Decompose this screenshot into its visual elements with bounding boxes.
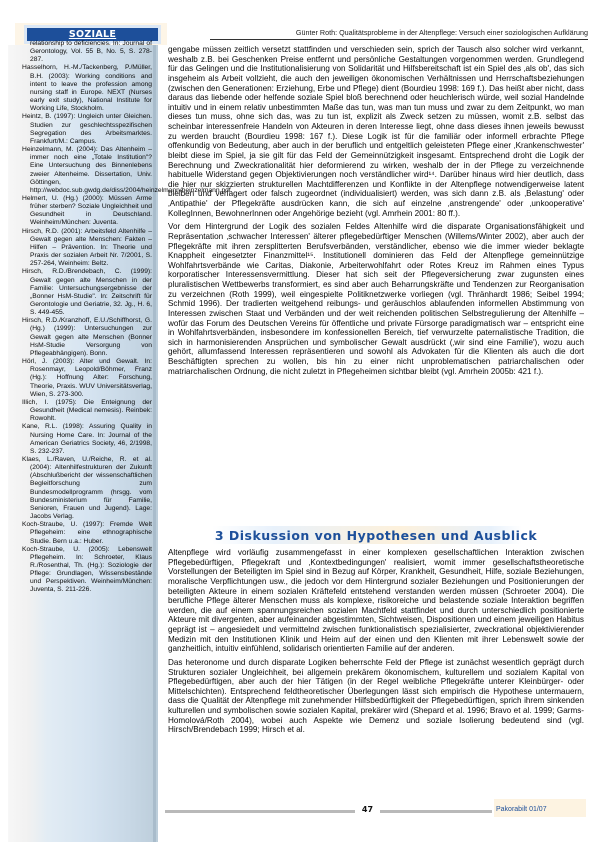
reference-item: Hirsch, R.D./Kranzhoff, E.U./Schiffhorst… — [22, 317, 152, 358]
journal-issue: Pakorabilt 01/07 — [496, 806, 586, 813]
reference-item: Heinzelmann, M. (2004): Das Altenheim – … — [22, 146, 152, 195]
sidebar-edge — [153, 45, 156, 842]
reference-item: Heintz, B. (1997): Ungleich unter Gleich… — [22, 113, 152, 146]
reference-item: relationship to deficiencies. In: Journa… — [22, 40, 152, 64]
footer-rule-right — [380, 810, 492, 813]
reference-item: Hirsch, R.D./Brendebach, C. (1999): Gewa… — [22, 268, 152, 317]
reference-item: Koch-Straube, U. (2005): Lebenswelt Pfle… — [22, 546, 152, 595]
section-body-text: Altenpflege wird vorläufig zusammengefas… — [168, 548, 584, 739]
reference-item: Hörl, J. (2003): Alter und Gewalt. In: R… — [22, 358, 152, 399]
reference-item: Koch-Straube, U. (1997): Fremde Welt Pfl… — [22, 521, 152, 545]
body-paragraph: gengabe müssen zeitlich versetzt stattfi… — [168, 45, 584, 218]
references-list: relationship to deficiencies. In: Journa… — [22, 40, 152, 595]
reference-item: Hasselhorn, H.-M./Tackenberg, P./Müller,… — [22, 64, 152, 113]
reference-item: Helmert, U. (Hg.) (2000): Müssen Arme fr… — [22, 195, 152, 228]
reference-item: Klaes, L./Raven, U./Reiche, R. et al. (2… — [22, 456, 152, 521]
body-paragraph: Vor dem Hintergrund der Logik des sozial… — [168, 222, 584, 376]
reference-item: Illich, I. (1975): Die Enteignung der Ge… — [22, 399, 152, 423]
section-heading: 3 Diskussion von Hypothesen und Ausblick — [168, 528, 584, 543]
reference-item: Hirsch, R.D. (2001): Arbeitsfeld Altenhi… — [22, 228, 152, 269]
footer-rule-left — [165, 810, 355, 813]
body-paragraph: Das heteronome und durch disparate Logik… — [168, 658, 584, 735]
body-text: gengabe müssen zeitlich versetzt stattfi… — [168, 45, 584, 380]
body-paragraph: Altenpflege wird vorläufig zusammengefas… — [168, 548, 584, 654]
running-head: Günter Roth: Qualitätsprobleme in der Al… — [210, 27, 588, 40]
page-number: 47 — [355, 805, 380, 814]
reference-item: Kane, R.L. (1998): Assuring Quality in N… — [22, 423, 152, 456]
